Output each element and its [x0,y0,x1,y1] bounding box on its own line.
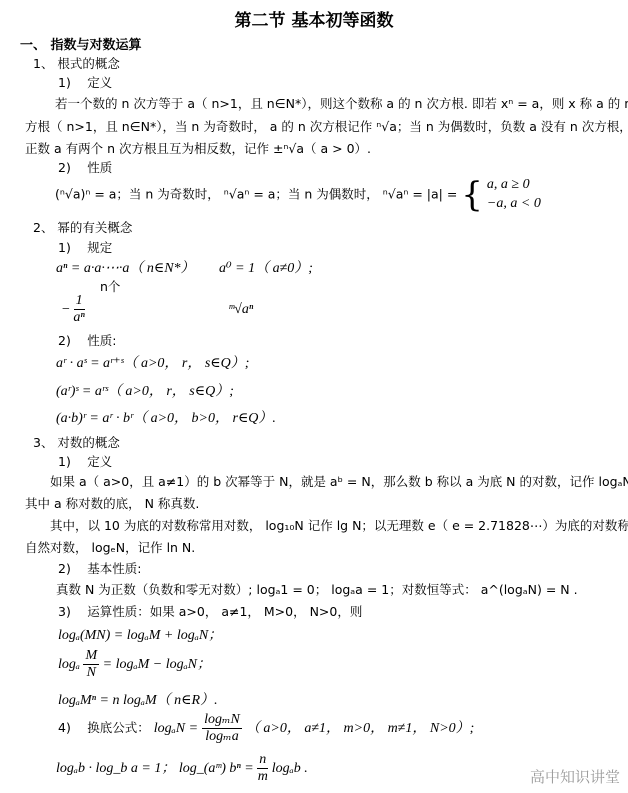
operation-property-label: 3) 运算性质：如果 a>0， a≠1， M>0， N>0，则 [58,602,362,620]
piecewise-cases: a, a ≥ 0 −a, a < 0 [487,176,541,214]
log-quotient-rule: logₐ M N = logₐM − logₐN； [58,648,211,681]
common-log-line-2: 自然对数， logₑN，记作 ln N. [25,538,195,556]
page-title: 第二节 基本初等函数 [0,6,628,31]
rule-label: 1) 规定 [58,238,112,256]
left-brace: { [461,175,483,215]
case-negative: −a, a < 0 [487,195,541,214]
reciprocal-fraction: 1 aⁿ [73,293,84,326]
log-definition-line-2: 其中 a 称对数的底， N 称真数. [25,494,199,512]
section-heading: 一、 指数与对数运算 [20,34,142,53]
change-of-base-fraction: logₘN logₘa [202,712,242,745]
basic-property-label: 2) 基本性质: [58,559,142,577]
negative-exponent-rule: − 1 aⁿ ᵐ√aⁿ [62,293,253,326]
definition-line-2: 方根（ n>1，且 n∈N*），当 n 为奇数时， a 的 n 次方根记作 ⁿ√… [25,117,628,135]
property-label: 2) 性质 [58,158,112,176]
power-property-3: (a·b)ʳ = aʳ · bʳ（ a>0， b>0， r∈Q）. [56,407,276,427]
log-definition-label: 1) 定义 [58,452,112,470]
common-log-line-1: 其中，以 10 为底的对数称常用对数， log₁₀N 记作 lg N；以无理数 … [50,516,628,534]
case-nonnegative: a, a ≥ 0 [487,176,541,195]
definition-line-3: 正数 a 有两个 n 次方根且互为相反数，记作 ±ⁿ√a（ a > 0）. [25,139,371,157]
log-definition-line-1: 如果 a（ a>0，且 a≠1）的 b 次幂等于 N，就是 aᵇ = N，那么数… [50,472,628,490]
quotient-fraction: M N [83,648,99,681]
subsection-heading-radicals: 1、 根式的概念 [33,54,120,72]
log-reciprocal-rules: logₐb · log_b a = 1； log_(aᵐ) bⁿ = n m l… [56,752,308,785]
subsection-heading-logarithms: 3、 对数的概念 [33,433,120,451]
power-base-fraction: n m [257,752,268,785]
power-property-2: (aʳ)ˢ = aʳˢ（ a>0， r， s∈Q）; [56,380,234,400]
power-property-1: aʳ · aˢ = aʳ⁺ˢ（ a>0， r， s∈Q）; [56,352,249,372]
change-of-base: 4) 换底公式： logₐN = logₘN logₘa （ a>0， a≠1，… [58,712,474,745]
power-property-label: 2) 性质: [58,331,117,349]
basic-property-line: 真数 N 为正数（负数和零无对数）; logₐ1 = 0； logₐa = 1；… [56,580,578,598]
log-power-rule: logₐMⁿ = n logₐM（ n∈R）. [58,689,218,709]
log-product-rule: logₐ(MN) = logₐM + logₐN； [58,624,222,644]
subsection-heading-powers: 2、 幂的有关概念 [33,218,132,236]
radical-property-text: (ⁿ√a)ⁿ = a；当 n 为奇数时， ⁿ√aⁿ = a；当 n 为偶数时， … [55,186,457,201]
definition-line-1: 若一个数的 n 次方等于 a（ n>1，且 n∈N*），则这个数称 a 的 n … [55,94,628,112]
definition-label: 1) 定义 [58,73,112,91]
change-of-base-label: 4) 换底公式： [58,720,150,735]
watermark: 高中知识讲堂 [530,766,620,787]
radical-properties: (ⁿ√a)ⁿ = a；当 n 为奇数时， ⁿ√aⁿ = a；当 n 为偶数时， … [55,176,541,214]
fractional-exponent-root: ᵐ√aⁿ [228,302,253,317]
power-definition: aⁿ = a·a·⋯·a（ n∈N*） a⁰ = 1（ a≠0）; [56,257,313,277]
